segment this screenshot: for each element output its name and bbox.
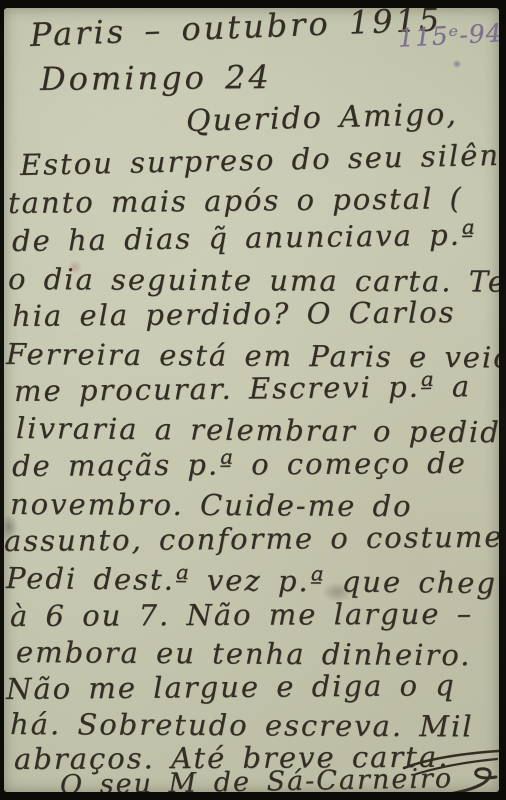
scanned-letter: Paris – outubro 1915 115ᵉ-94 Domingo 24 … [0,0,506,800]
handwritten-line: assunto, conforme o costume. [4,520,499,558]
handwritten-line: Não me largue e diga o q [6,668,456,706]
handwritten-line: Pedi dest.ª vez p.ª que chegue [6,561,499,601]
handwritten-line: à 6 ou 7. Não me largue – [10,597,473,633]
handwritten-line: há. Sobretudo escreva. Mil [10,707,474,743]
ink-dot-stain [453,60,461,68]
handwritten-line: o dia seguinte uma carta. Ter-se- [8,262,499,299]
dateline-day: Domingo 24 [40,58,272,98]
handwritten-line: novembro. Cuide-me do [10,487,413,523]
handwritten-line: Estou surpreso do seu silêncio [20,137,499,182]
handwritten-line: de ha dias q̃ anunciava p.ª [12,218,477,258]
handwritten-line: embora eu tenha dinheiro. [16,635,472,672]
handwritten-line: de maçãs p.ª o começo de [12,446,467,483]
letter-page: Paris – outubro 1915 115ᵉ-94 Domingo 24 … [4,8,499,792]
handwritten-line: livraria a relembrar o pedido [16,411,499,449]
handwritten-line: me procurar. Escrevi p.ª a [14,369,472,408]
salutation-line: Querido Amigo, [186,97,459,139]
dateline-place-date: Paris – outubro 1915 [29,8,443,54]
archival-number: 115ᵉ-94 [397,18,499,52]
handwritten-line: tanto mais após o postal ( [8,181,463,220]
handwritten-line: hia ela perdido? O Carlos [12,295,456,333]
